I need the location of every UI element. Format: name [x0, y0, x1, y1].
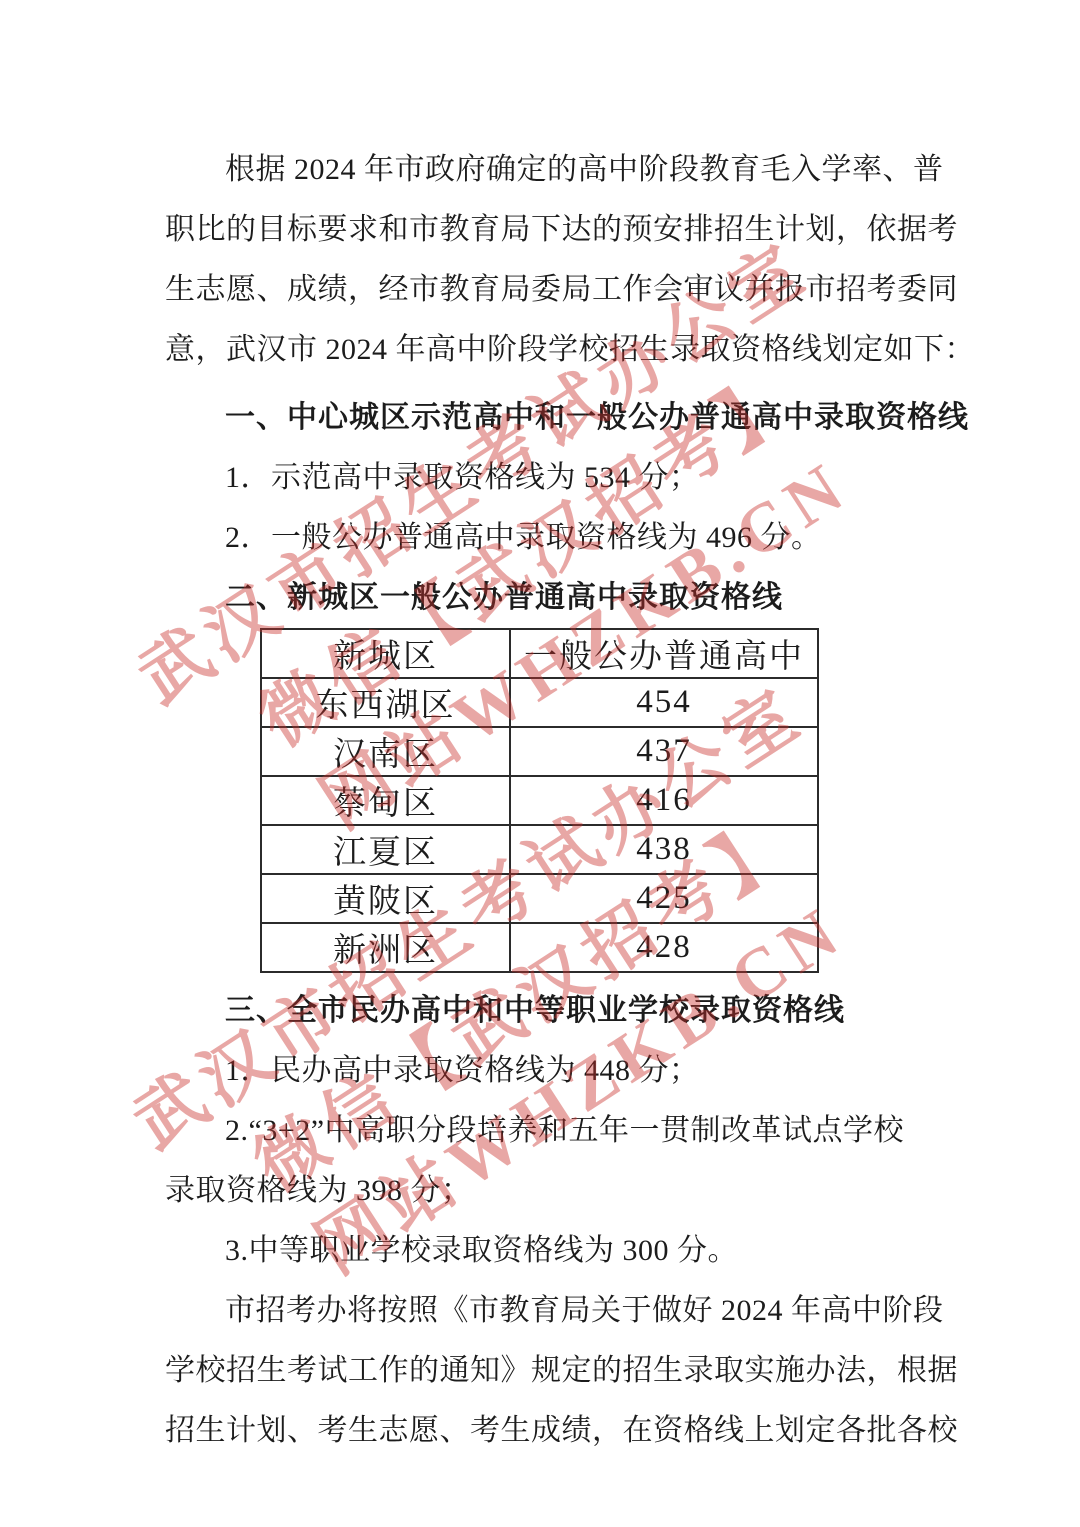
paragraph1-line1: 根据 2024 年市政府确定的高中阶段教育毛入学率、普 [165, 140, 928, 200]
district-cell: 汉南区 [261, 727, 510, 776]
table-row: 蔡甸区 416 [261, 776, 818, 825]
score-table: 新城区 一般公办普通高中 东西湖区 454 汉南区 437 蔡甸区 416 江夏… [260, 628, 819, 973]
district-cell: 新洲区 [261, 923, 510, 972]
score-table-header-score: 一般公办普通高中 [510, 629, 818, 678]
score-table-header-district: 新城区 [261, 629, 510, 678]
section3-item2-line2: 录取资格线为 398 分； [165, 1161, 928, 1221]
section1-item2: 2．一般公办普通高中录取资格线为 496 分。 [165, 508, 928, 568]
section3-item1: 1．民办高中录取资格线为 448 分； [165, 1041, 928, 1101]
paragraph2-line2: 学校招生考试工作的通知》规定的招生录取实施办法，根据 [165, 1341, 928, 1401]
score-cell: 438 [510, 825, 818, 874]
paragraph2-line1: 市招考办将按照《市教育局关于做好 2024 年高中阶段 [165, 1281, 928, 1341]
score-cell: 416 [510, 776, 818, 825]
section3-item2-line1: 2.“3+2”中高职分段培养和五年一贯制改革试点学校 [165, 1101, 928, 1161]
table-row: 黄陂区 425 [261, 874, 818, 923]
paragraph1-line4: 意，武汉市 2024 年高中阶段学校招生录取资格线划定如下： [165, 320, 928, 380]
score-cell: 425 [510, 874, 818, 923]
district-cell: 东西湖区 [261, 678, 510, 727]
table-row: 东西湖区 454 [261, 678, 818, 727]
table-row: 汉南区 437 [261, 727, 818, 776]
section2-heading: 二、新城区一般公办普通高中录取资格线 [165, 568, 928, 628]
district-cell: 江夏区 [261, 825, 510, 874]
score-table-header-row: 新城区 一般公办普通高中 [261, 629, 818, 678]
paragraph2-line3: 招生计划、考生志愿、考生成绩，在资格线上划定各批各校 [165, 1401, 928, 1461]
notice-body: 根据 2024 年市政府确定的高中阶段教育毛入学率、普 职比的目标要求和市教育局… [165, 140, 928, 1461]
table-row: 新洲区 428 [261, 923, 818, 972]
score-cell: 428 [510, 923, 818, 972]
district-cell: 蔡甸区 [261, 776, 510, 825]
document-page: 根据 2024 年市政府确定的高中阶段教育毛入学率、普 职比的目标要求和市教育局… [0, 0, 1080, 1527]
section3-heading: 三、全市民办高中和中等职业学校录取资格线 [165, 981, 928, 1041]
paragraph1-line2: 职比的目标要求和市教育局下达的预安排招生计划，依据考 [165, 200, 928, 260]
section1-item1: 1．示范高中录取资格线为 534 分； [165, 448, 928, 508]
district-cell: 黄陂区 [261, 874, 510, 923]
paragraph1-line3: 生志愿、成绩，经市教育局委局工作会审议并报市招考委同 [165, 260, 928, 320]
table-row: 江夏区 438 [261, 825, 818, 874]
score-cell: 437 [510, 727, 818, 776]
score-cell: 454 [510, 678, 818, 727]
section1-heading: 一、中心城区示范高中和一般公办普通高中录取资格线 [165, 388, 928, 448]
section3-item3: 3.中等职业学校录取资格线为 300 分。 [165, 1221, 928, 1281]
